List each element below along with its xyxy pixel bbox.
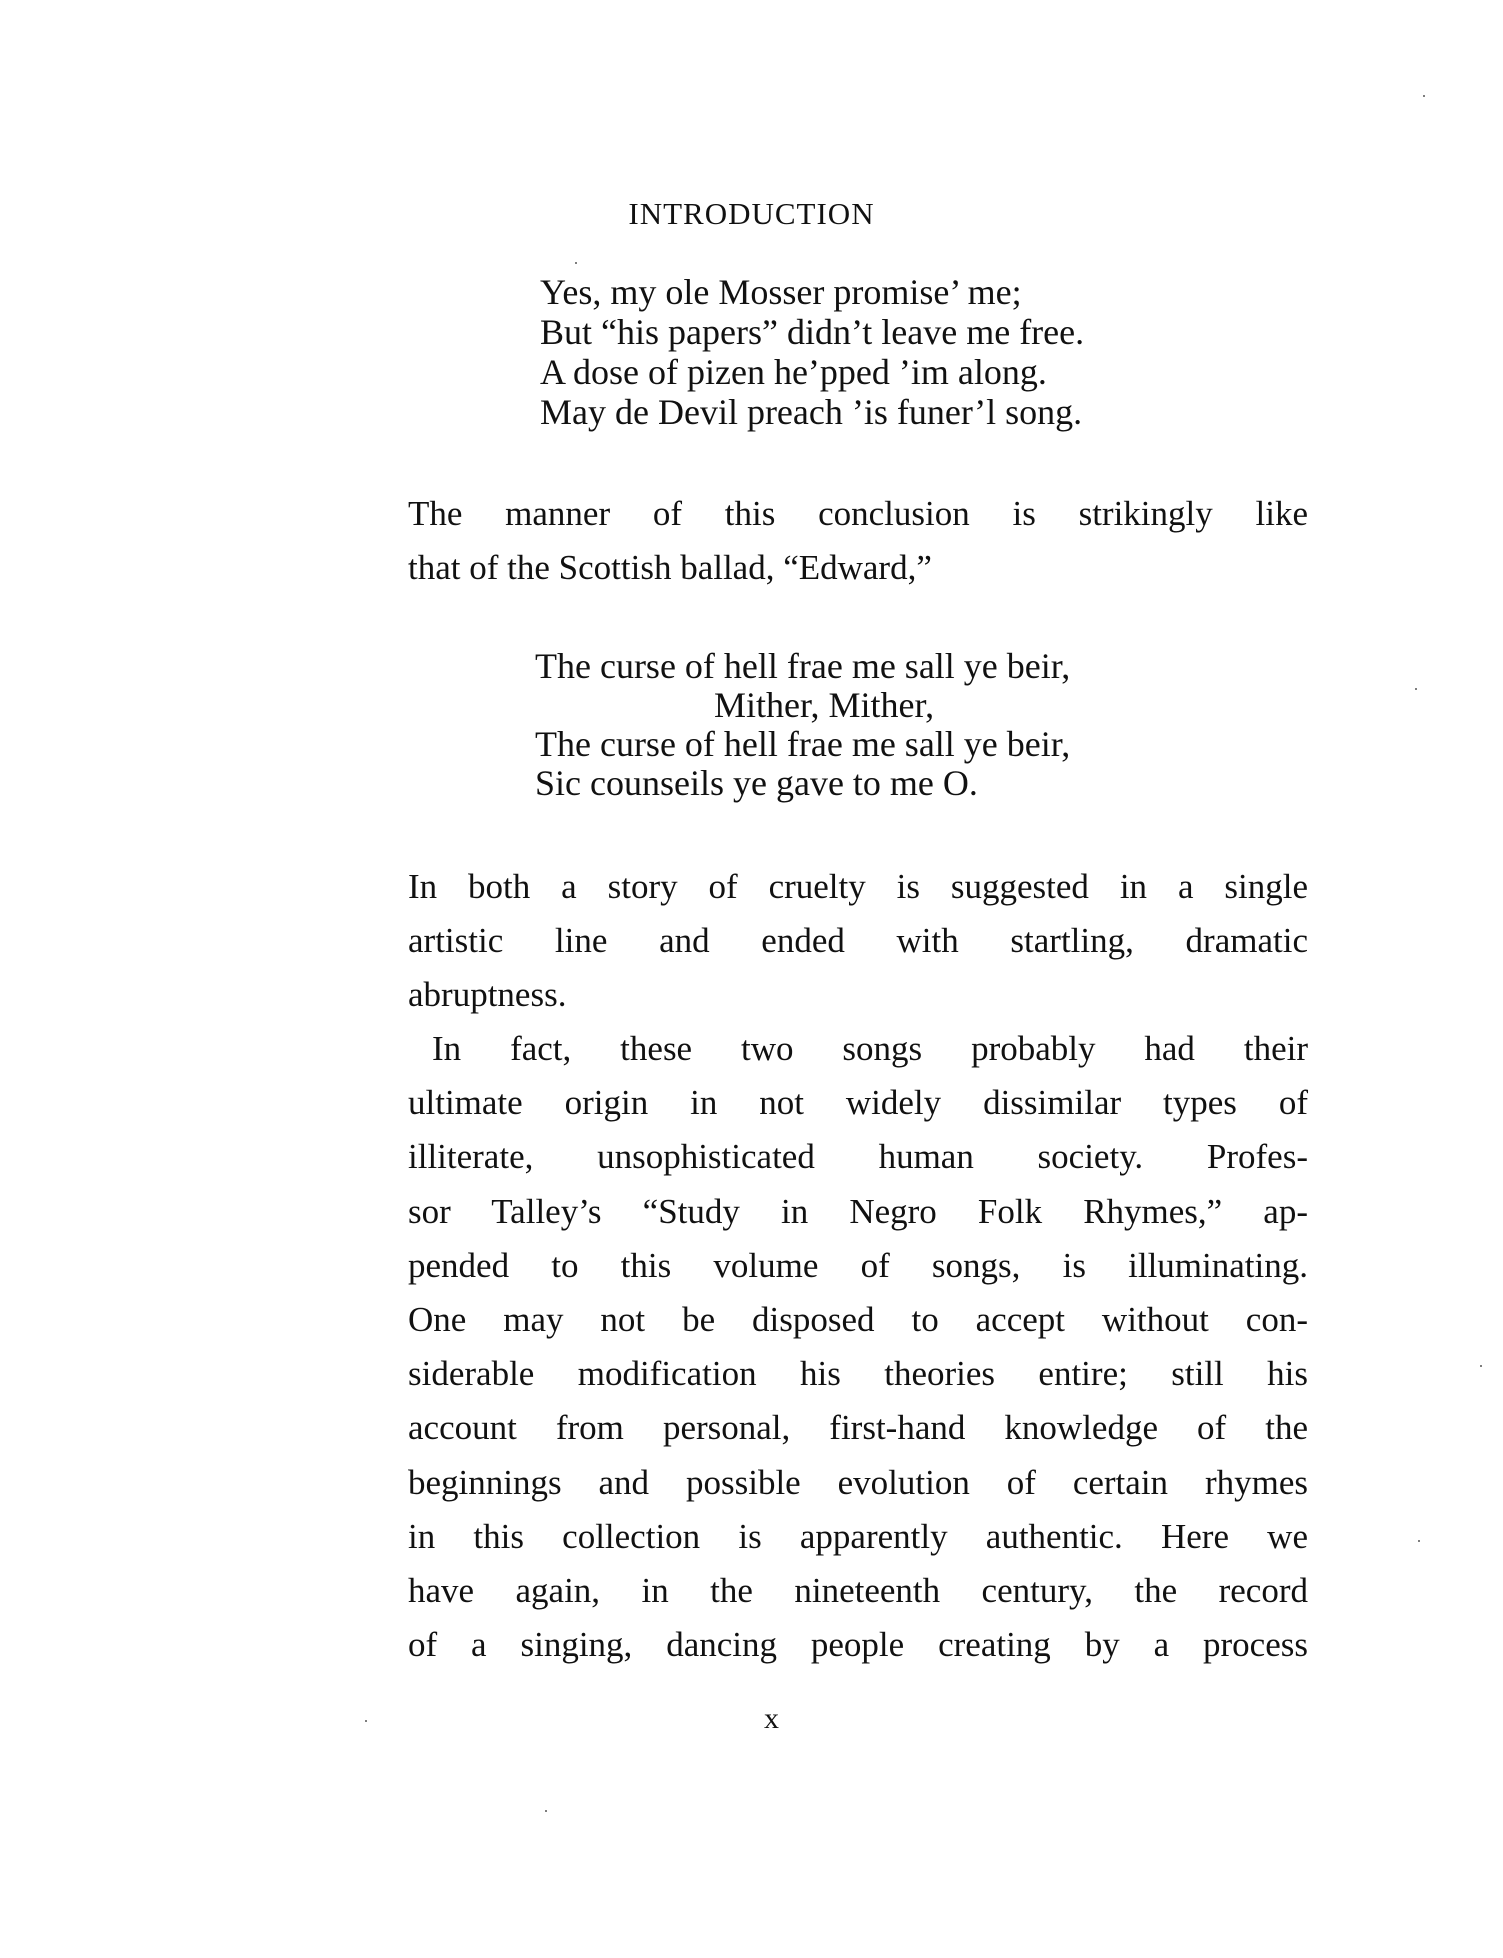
verse-line: But “his papers” didn’t leave me free. <box>540 312 1084 352</box>
paragraph-line: illiterate, unsophisticated human societ… <box>408 1130 1308 1184</box>
page-number: x <box>0 1702 1503 1736</box>
verse-line: Sic counseils ye gave to me O. <box>535 764 1070 803</box>
paragraph-line: The manner of this conclusion is strikin… <box>408 487 1308 541</box>
scan-speck <box>1418 1540 1420 1542</box>
verse-refrain-line: Mither, Mither, <box>535 686 1070 725</box>
scan-speck <box>545 1810 547 1812</box>
verse-line: The curse of hell frae me sall ye beir, <box>535 725 1070 764</box>
scan-speck <box>1480 1365 1482 1367</box>
paragraph-line: of a singing, dancing people creating by… <box>408 1618 1308 1672</box>
page-header: INTRODUCTION <box>0 196 1503 232</box>
paragraph-1: The manner of this conclusion is strikin… <box>408 487 1308 595</box>
paragraph-line: In fact, these two songs probably had th… <box>408 1022 1308 1076</box>
paragraph-3: In fact, these two songs probably had th… <box>408 1022 1308 1672</box>
paragraph-line: beginnings and possible evolution of cer… <box>408 1456 1308 1510</box>
scan-speck <box>1415 688 1417 690</box>
paragraph-line: siderable modification his theories enti… <box>408 1347 1308 1401</box>
scan-speck <box>575 262 577 264</box>
paragraph-line: pended to this volume of songs, is illum… <box>408 1239 1308 1293</box>
paragraph-line: that of the Scottish ballad, “Edward,” <box>408 541 1308 595</box>
verse-quote-1: Yes, my ole Mosser promise’ me; But “his… <box>540 272 1084 432</box>
scan-speck <box>365 1720 367 1722</box>
verse-line: Yes, my ole Mosser promise’ me; <box>540 272 1084 312</box>
paragraph-2: In both a story of cruelty is suggested … <box>408 860 1308 1023</box>
paragraph-line: sor Talley’s “Study in Negro Folk Rhymes… <box>408 1185 1308 1239</box>
paragraph-line: artistic line and ended with startling, … <box>408 914 1308 968</box>
verse-line: May de Devil preach ’is funer’l song. <box>540 392 1084 432</box>
paragraph-line: in this collection is apparently authent… <box>408 1510 1308 1564</box>
paragraph-line: abruptness. <box>408 968 1308 1022</box>
verse-line: The curse of hell frae me sall ye beir, <box>535 647 1070 686</box>
paragraph-line: ultimate origin in not widely dissimilar… <box>408 1076 1308 1130</box>
paragraph-line: have again, in the nineteenth century, t… <box>408 1564 1308 1618</box>
paragraph-line: One may not be disposed to accept withou… <box>408 1293 1308 1347</box>
paragraph-line: account from personal, first-hand knowle… <box>408 1401 1308 1455</box>
verse-line: A dose of pizen he’pped ’im along. <box>540 352 1084 392</box>
paragraph-line: In both a story of cruelty is suggested … <box>408 860 1308 914</box>
verse-quote-2: The curse of hell frae me sall ye beir, … <box>535 647 1070 803</box>
scan-speck <box>1423 95 1425 97</box>
